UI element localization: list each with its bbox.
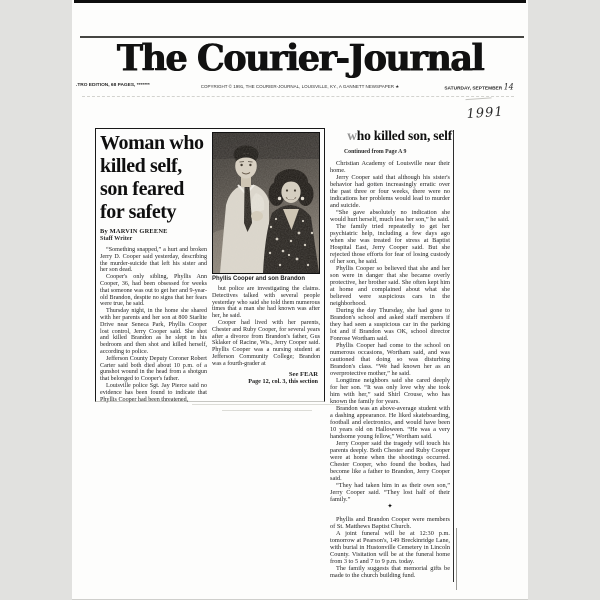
article-paragraph: “She gave absolutely no indication she w… (330, 209, 450, 223)
column-rule-faint (456, 528, 457, 590)
article-paragraph: “Something snapped,” a hurt and broken J… (100, 247, 207, 274)
article-paragraph: The family tried repeatedly to get her p… (330, 223, 450, 265)
folio-line: .TRO EDITION, 68 PAGES, ******* COPYRIGH… (72, 83, 528, 93)
jump-body-lower: Phyllis and Brandon Cooper were members … (330, 516, 450, 579)
clipping-tear-edge (222, 410, 312, 411)
headline-line: for safety (100, 201, 207, 224)
pen-dash (466, 97, 492, 100)
article-paragraph: Jerry Cooper said the tragedy will touch… (330, 440, 450, 482)
jump-headline: who killed son, self (330, 128, 452, 144)
article-paragraph: Cooper had lived with her parents, Chest… (212, 320, 320, 368)
article-paragraph: Phyllis Cooper so believed that she and … (330, 265, 450, 307)
scan-dash-artifact (82, 96, 514, 97)
lead-article-left-column: Woman whokilled self,son fearedfor safet… (100, 132, 207, 403)
newspaper-page: The Courier-Journal .TRO EDITION, 68 PAG… (72, 0, 528, 600)
headline-line: son feared (100, 178, 207, 201)
article-paragraph: During the day Thursday, she had gone to… (330, 307, 450, 342)
photo-caption: Phyllis Cooper and son Brandon (212, 276, 320, 282)
article-paragraph: Brandon was an above-average student wit… (330, 405, 450, 440)
damaged-text: w (347, 128, 357, 143)
newspaper-scan: The Courier-Journal .TRO EDITION, 68 PAG… (0, 0, 600, 600)
headline-line: killed self, (100, 155, 207, 178)
article-paragraph: “They had taken him in as their own son,… (330, 482, 450, 503)
lead-article-right-column: Phyllis Cooper and son Brandon but polic… (212, 132, 320, 385)
article-paragraph: but police are investigating the claims.… (212, 286, 320, 320)
scan-edge-bar (74, 0, 526, 3)
article-paragraph: Thursday night, in the home she shared w… (100, 308, 207, 356)
article-paragraph: Christian Academy of Louisville near the… (330, 160, 450, 174)
article-paragraph: Jerry Cooper said that although his sist… (330, 174, 450, 209)
article-paragraph: Cooper's only sibling, Phyllis Ann Coope… (100, 274, 207, 308)
byline: By MARVIN GREENE (100, 228, 207, 235)
clipping-tear-edge (192, 404, 348, 405)
lead-article-clipping: Woman whokilled self,son fearedfor safet… (95, 128, 325, 402)
section-divider-star: ✦ (330, 503, 450, 511)
article-paragraph: Jefferson County Deputy Coroner Robert C… (100, 356, 207, 383)
headline-line: Woman who (100, 132, 207, 155)
article-headline: Woman whokilled self,son fearedfor safet… (100, 132, 207, 224)
article-paragraph: Phyllis Cooper had come to the school on… (330, 342, 450, 377)
jump-body-upper: Christian Academy of Louisville near the… (330, 160, 450, 503)
article-body-col1: “Something snapped,” a hurt and broken J… (100, 247, 207, 403)
masthead-title: The Courier-Journal (72, 38, 528, 80)
article-paragraph: A joint funeral will be at 12:30 p.m. to… (330, 530, 450, 565)
column-rule (453, 130, 454, 582)
jump-column-clipping: who killed son, self Continued from Page… (330, 128, 458, 598)
copyright-label: COPYRIGHT © 1991, THE COURIER-JOURNAL, L… (129, 84, 471, 89)
jump-ref-page: Page 12, col. 3, this section (212, 378, 318, 385)
article-paragraph: The family suggests that memorial gifts … (330, 565, 450, 579)
continued-from-line: Continued from Page A 9 (344, 149, 458, 155)
article-photo (212, 132, 320, 274)
jump-ref-title: See FEAR (212, 371, 318, 378)
byline-role: Staff Writer (100, 235, 207, 242)
photo-illustration (213, 133, 319, 273)
article-paragraph: Longtime neighbors said she cared deeply… (330, 377, 450, 405)
article-body-col2: but police are investigating the claims.… (212, 286, 320, 368)
article-paragraph: Phyllis and Brandon Cooper were members … (330, 516, 450, 530)
handwritten-year: 1991 (465, 88, 529, 122)
article-paragraph: Louisville police Sgt. Jay Pierce said n… (100, 383, 207, 403)
jump-reference: See FEAR Page 12, col. 3, this section (212, 371, 320, 385)
